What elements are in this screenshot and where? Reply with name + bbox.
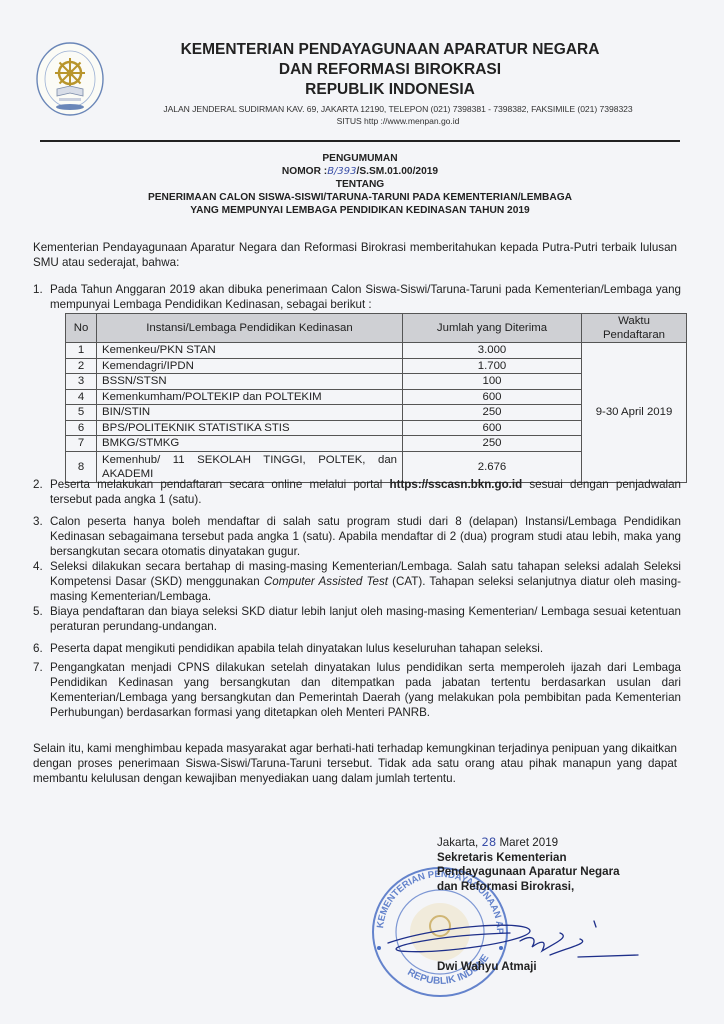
signing-date: Jakarta, 28 Maret 2019: [437, 835, 620, 851]
table-header-row: No Instansi/Lembaga Pendidikan Kedinasan…: [66, 314, 687, 343]
cell-instansi: Kemenkumham/POLTEKIP dan POLTEKIM: [97, 389, 403, 405]
ministry-address: JALAN JENDERAL SUDIRMAN KAV. 69, JAKARTA…: [98, 103, 698, 127]
cell-no: 5: [66, 405, 97, 421]
letterhead-divider: [40, 140, 680, 142]
signer-position-line-3: dan Reformasi Birokrasi,: [437, 880, 620, 895]
item-number: 1.: [33, 282, 49, 297]
list-item: 1. Pada Tahun Anggaran 2019 akan dibuka …: [33, 282, 681, 312]
cell-instansi: BPS/POLITEKNIK STATISTIKA STIS: [97, 420, 403, 436]
announcement-subject-line-2: YANG MEMPUNYAI LEMBAGA PENDIDIKAN KEDINA…: [40, 204, 680, 217]
item-text: Peserta dapat mengikuti pendidikan apabi…: [50, 641, 681, 656]
document-page: KEMENTERIAN PENDAYAGUNAAN APARATUR NEGAR…: [0, 0, 724, 1024]
signer-position-line-2: Pendayagunaan Aparatur Negara: [437, 865, 620, 880]
header-no: No: [66, 314, 97, 343]
item-number: 2.: [33, 477, 49, 492]
item-text: Biaya pendaftaran dan biaya seleksi SKD …: [50, 604, 681, 634]
cell-no: 2: [66, 358, 97, 374]
header-jumlah: Jumlah yang Diterima: [403, 314, 582, 343]
website-line: SITUS http ://www.menpan.go.id: [98, 115, 698, 127]
item-number: 4.: [33, 559, 49, 574]
item-text: Seleksi dilakukan secara bertahap di mas…: [50, 559, 681, 604]
signing-month-year: Maret 2019: [496, 836, 558, 849]
list-item: 5. Biaya pendaftaran dan biaya seleksi S…: [33, 604, 681, 634]
item-text: Pengangkatan menjadi CPNS dilakukan sete…: [50, 660, 681, 720]
signature-block: Jakarta, 28 Maret 2019 Sekretaris Kement…: [437, 835, 620, 894]
portal-link[interactable]: https://sscasn.bkn.go.id: [390, 478, 523, 491]
cell-jumlah: 250: [403, 405, 582, 421]
ministry-name-line-3: REPUBLIK INDONESIA: [120, 80, 660, 100]
item-text: Peserta melakukan pendaftaran secara onl…: [50, 477, 681, 507]
item-number: 5.: [33, 604, 49, 619]
item-text: Pada Tahun Anggaran 2019 akan dibuka pen…: [50, 282, 681, 312]
number-prefix: NOMOR :: [282, 166, 327, 177]
cell-instansi: Kemendagri/IPDN: [97, 358, 403, 374]
announcement-heading: PENGUMUMAN: [40, 152, 680, 165]
cell-no: 4: [66, 389, 97, 405]
item-number: 6.: [33, 641, 49, 656]
list-item: 7. Pengangkatan menjadi CPNS dilakukan s…: [33, 660, 681, 720]
address-line: JALAN JENDERAL SUDIRMAN KAV. 69, JAKARTA…: [98, 103, 698, 115]
announcement-about: TENTANG: [40, 178, 680, 191]
cell-no: 6: [66, 420, 97, 436]
cell-jumlah: 600: [403, 389, 582, 405]
item-text: Calon peserta hanya boleh mendaftar di s…: [50, 514, 681, 559]
cell-no: 3: [66, 374, 97, 390]
cell-waktu: 9-30 April 2019: [582, 343, 687, 483]
cell-no: 1: [66, 343, 97, 359]
announcement-number: NOMOR :B/393/S.SM.01.00/2019: [40, 165, 680, 178]
list-item: 6. Peserta dapat mengikuti pendidikan ap…: [33, 641, 681, 656]
item-text-italic: Computer Assisted Test: [264, 575, 388, 588]
item-number: 7.: [33, 660, 49, 675]
cell-instansi: BSSN/STSN: [97, 374, 403, 390]
cell-instansi: BIN/STIN: [97, 405, 403, 421]
item-text-part: Peserta melakukan pendaftaran secara onl…: [50, 478, 390, 491]
cell-instansi: BMKG/STMKG: [97, 436, 403, 452]
cell-instansi: Kemenkeu/PKN STAN: [97, 343, 403, 359]
list-item: 3. Calon peserta hanya boleh mendaftar d…: [33, 514, 681, 559]
signing-place: Jakarta,: [437, 836, 481, 849]
list-item: 2. Peserta melakukan pendaftaran secara …: [33, 477, 681, 507]
closing-paragraph: Selain itu, kami menghimbau kepada masya…: [33, 741, 677, 786]
cell-jumlah: 3.000: [403, 343, 582, 359]
cell-jumlah: 1.700: [403, 358, 582, 374]
ministry-name-line-2: DAN REFORMASI BIROKRASI: [120, 60, 660, 80]
ministry-name: KEMENTERIAN PENDAYAGUNAAN APARATUR NEGAR…: [120, 40, 660, 100]
announcement-header: PENGUMUMAN NOMOR :B/393/S.SM.01.00/2019 …: [40, 152, 680, 217]
number-suffix: /S.SM.01.00/2019: [357, 166, 439, 177]
ministry-emblem-icon: [35, 41, 105, 117]
table-row: 1 Kemenkeu/PKN STAN 3.000 9-30 April 201…: [66, 343, 687, 359]
handwritten-number: B/393: [327, 166, 356, 177]
institution-table: No Instansi/Lembaga Pendidikan Kedinasan…: [65, 313, 687, 483]
cell-jumlah: 600: [403, 420, 582, 436]
item-number: 3.: [33, 514, 49, 529]
header-waktu: Waktu Pendaftaran: [582, 314, 687, 343]
cell-jumlah: 100: [403, 374, 582, 390]
cell-jumlah: 250: [403, 436, 582, 452]
handwritten-signature-icon: [380, 915, 650, 965]
intro-paragraph: Kementerian Pendayagunaan Aparatur Negar…: [33, 240, 677, 270]
list-item: 4. Seleksi dilakukan secara bertahap di …: [33, 559, 681, 604]
cell-no: 7: [66, 436, 97, 452]
announcement-subject-line-1: PENERIMAAN CALON SISWA-SISWI/TARUNA-TARU…: [40, 191, 680, 204]
signer-name: Dwi Wahyu Atmaji: [437, 960, 537, 973]
header-instansi: Instansi/Lembaga Pendidikan Kedinasan: [97, 314, 403, 343]
signer-position-line-1: Sekretaris Kementerian: [437, 851, 620, 866]
handwritten-day: 28: [481, 835, 496, 849]
ministry-name-line-1: KEMENTERIAN PENDAYAGUNAAN APARATUR NEGAR…: [120, 40, 660, 60]
